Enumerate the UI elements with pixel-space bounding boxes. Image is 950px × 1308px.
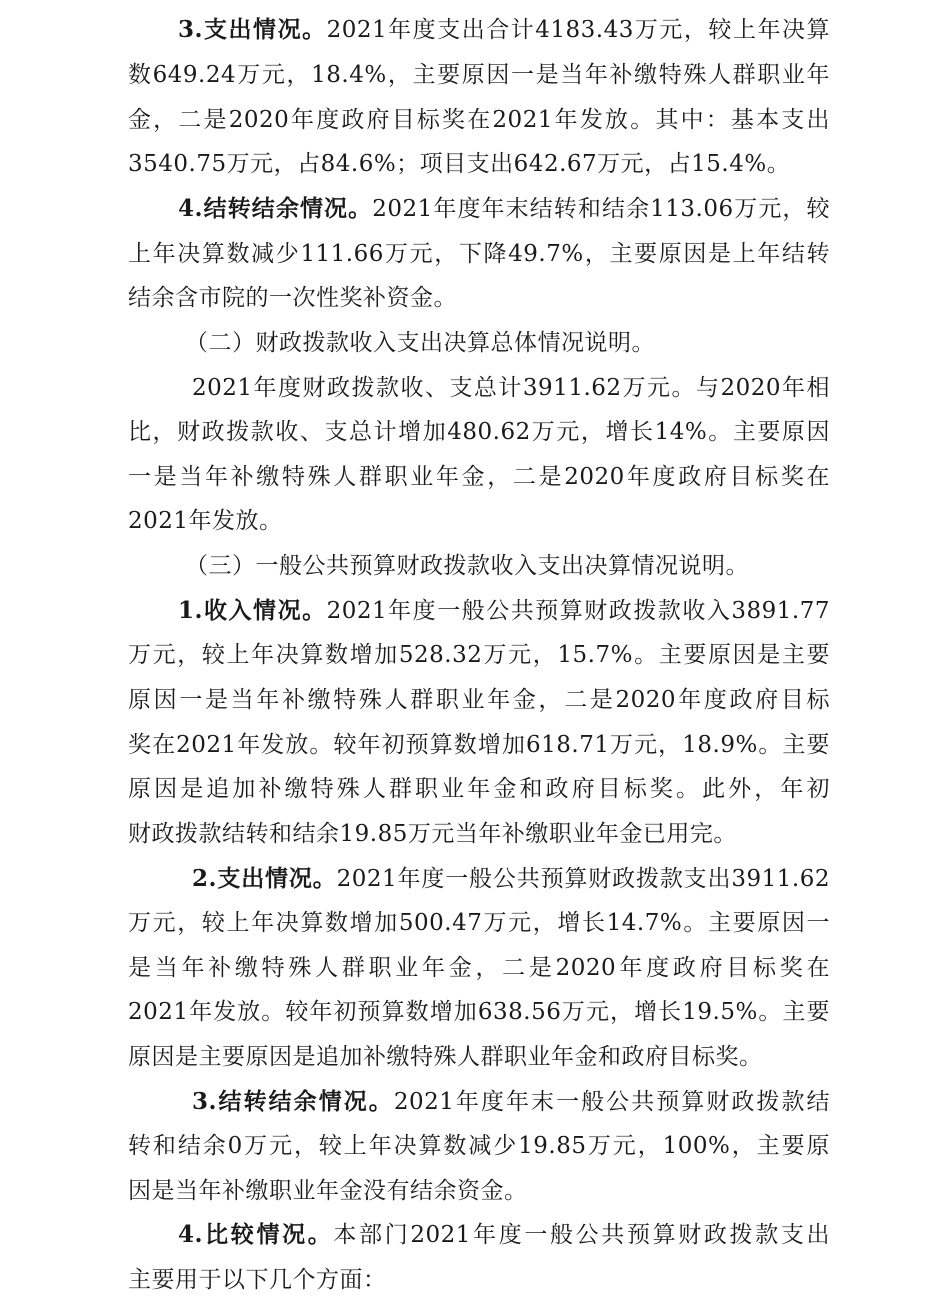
line-text: 万元，较上年决算数增加500.47万元，增长14.7%。主要原因一 bbox=[128, 910, 830, 936]
paragraph-line: 2.支出情况。2021年度一般公共预算财政拨款支出3911.62 bbox=[192, 859, 830, 899]
line-text: 2021年度支出合计4183.43万元，较上年决算 bbox=[327, 17, 830, 43]
paragraph-line: 比，财政拨款收、支总计增加480.62万元，增长14%。主要原因 bbox=[128, 412, 830, 452]
line-text: 财政拨款结转和结余19.85万元当年补缴职业年金已用完。 bbox=[128, 821, 737, 847]
paragraph-line: 主要用于以下几个方面： bbox=[128, 1260, 830, 1300]
line-text: 2021年度年末一般公共预算财政拨款结 bbox=[394, 1089, 830, 1115]
line-text: 一是当年补缴特殊人群职业年金，二是2020年度政府目标奖在 bbox=[128, 464, 830, 490]
subsection-title: 3.支出情况。 bbox=[178, 16, 327, 43]
line-text: 2021年度财政拨款收、支总计3911.62万元。与2020年相 bbox=[192, 375, 830, 401]
subsection-title: 1.收入情况。 bbox=[178, 597, 327, 624]
paragraph-line: 3540.75万元，占84.6%；项目支出642.67万元，占15.4%。 bbox=[128, 144, 830, 184]
paragraph-line: 因是当年补缴职业年金没有结余资金。 bbox=[128, 1171, 830, 1211]
paragraph-line: 1.收入情况。2021年度一般公共预算财政拨款收入3891.77 bbox=[178, 591, 830, 631]
paragraph-line: 原因一是当年补缴特殊人群职业年金，二是2020年度政府目标 bbox=[128, 680, 830, 720]
paragraph-line: 2021年发放。 bbox=[128, 501, 830, 541]
line-text: 因是当年补缴职业年金没有结余资金。 bbox=[128, 1178, 528, 1204]
paragraph-line: 万元，较上年决算数增加500.47万元，增长14.7%。主要原因一 bbox=[128, 903, 830, 943]
paragraph-line: 4.结转结余情况。2021年度年末结转和结余113.06万元，较 bbox=[178, 189, 830, 229]
line-text: 比，财政拨款收、支总计增加480.62万元，增长14%。主要原因 bbox=[128, 419, 830, 445]
paragraph-line: 万元，较上年决算数增加528.32万元，15.7%。主要原因是主要 bbox=[128, 635, 830, 675]
paragraph-line: 一是当年补缴特殊人群职业年金，二是2020年度政府目标奖在 bbox=[128, 457, 830, 497]
paragraph-line: 上年决算数减少111.66万元，下降49.7%，主要原因是上年结转 bbox=[128, 234, 830, 274]
line-text: 2021年度一般公共预算财政拨款收入3891.77 bbox=[327, 598, 830, 624]
paragraph-line: 金，二是2020年度政府目标奖在2021年发放。其中：基本支出 bbox=[128, 100, 830, 140]
paragraph-line: 财政拨款结转和结余19.85万元当年补缴职业年金已用完。 bbox=[128, 814, 830, 854]
paragraph-line: 3.支出情况。2021年度支出合计4183.43万元，较上年决算 bbox=[178, 10, 830, 50]
line-text: 转和结余0万元，较上年决算数减少19.85万元，100%，主要原 bbox=[128, 1133, 830, 1159]
line-text: 万元，较上年决算数增加528.32万元，15.7%。主要原因是主要 bbox=[128, 642, 830, 668]
line-text: 2021年度一般公共预算财政拨款支出3911.62 bbox=[337, 866, 830, 892]
line-text: 原因一是当年补缴特殊人群职业年金，二是2020年度政府目标 bbox=[128, 687, 830, 713]
paragraph-line: 3.结转结余情况。2021年度年末一般公共预算财政拨款结 bbox=[192, 1082, 830, 1122]
line-text: 原因是追加补缴特殊人群职业年金和政府目标奖。此外，年初 bbox=[128, 776, 830, 802]
subsection-title: 2.支出情况。 bbox=[192, 865, 337, 892]
paragraph-line: 原因是主要原因是追加补缴特殊人群职业年金和政府目标奖。 bbox=[128, 1037, 830, 1077]
line-text: 是当年补缴特殊人群职业年金，二是2020年度政府目标奖在 bbox=[128, 955, 830, 981]
line-text: 2021年度年末结转和结余113.06万元，较 bbox=[372, 196, 830, 222]
paragraph-line: 是当年补缴特殊人群职业年金，二是2020年度政府目标奖在 bbox=[128, 948, 830, 988]
subsection-title: 3.结转结余情况。 bbox=[192, 1088, 394, 1115]
line-text: 上年决算数减少111.66万元，下降49.7%，主要原因是上年结转 bbox=[128, 241, 830, 267]
paragraph-line: 转和结余0万元，较上年决算数减少19.85万元，100%，主要原 bbox=[128, 1126, 830, 1166]
paragraph-line: 2021年度财政拨款收、支总计3911.62万元。与2020年相 bbox=[192, 368, 830, 408]
paragraph-line: 结余含市院的一次性奖补资金。 bbox=[128, 278, 830, 318]
subsection-title: 4.比较情况。 bbox=[178, 1221, 333, 1248]
section-heading: （三）一般公共预算财政拨款收入支出决算情况说明。 bbox=[185, 546, 830, 586]
line-text: 结余含市院的一次性奖补资金。 bbox=[128, 285, 457, 311]
line-text: 主要用于以下几个方面： bbox=[128, 1267, 387, 1293]
subsection-title: 4.结转结余情况。 bbox=[178, 195, 372, 222]
line-text: 金，二是2020年度政府目标奖在2021年发放。其中：基本支出 bbox=[128, 107, 830, 133]
line-text: 2021年发放。较年初预算数增加638.56万元，增长19.5%。主要 bbox=[128, 999, 830, 1025]
paragraph-line: 2021年发放。较年初预算数增加638.56万元，增长19.5%。主要 bbox=[128, 992, 830, 1032]
section-heading: （二）财政拨款收入支出决算总体情况说明。 bbox=[185, 323, 830, 363]
line-text: 奖在2021年发放。较年初预算数增加618.71万元，18.9%。主要 bbox=[128, 732, 830, 758]
paragraph-line: 数649.24万元，18.4%，主要原因一是当年补缴特殊人群职业年 bbox=[128, 55, 830, 95]
line-text: 本部门2021年度一般公共预算财政拨款支出 bbox=[333, 1222, 830, 1248]
paragraph-line: 奖在2021年发放。较年初预算数增加618.71万元，18.9%。主要 bbox=[128, 725, 830, 765]
line-text: 数649.24万元，18.4%，主要原因一是当年补缴特殊人群职业年 bbox=[128, 62, 830, 88]
line-text: （三）一般公共预算财政拨款收入支出决算情况说明。 bbox=[185, 553, 749, 579]
paragraph-line: 4.比较情况。本部门2021年度一般公共预算财政拨款支出 bbox=[178, 1215, 830, 1255]
line-text: 原因是主要原因是追加补缴特殊人群职业年金和政府目标奖。 bbox=[128, 1044, 763, 1070]
line-text: 3540.75万元，占84.6%；项目支出642.67万元，占15.4%。 bbox=[128, 151, 790, 177]
line-text: （二）财政拨款收入支出决算总体情况说明。 bbox=[185, 330, 655, 356]
document-page: 3.支出情况。2021年度支出合计4183.43万元，较上年决算数649.24万… bbox=[0, 0, 950, 1308]
line-text: 2021年发放。 bbox=[128, 508, 283, 534]
paragraph-line: 原因是追加补缴特殊人群职业年金和政府目标奖。此外，年初 bbox=[128, 769, 830, 809]
